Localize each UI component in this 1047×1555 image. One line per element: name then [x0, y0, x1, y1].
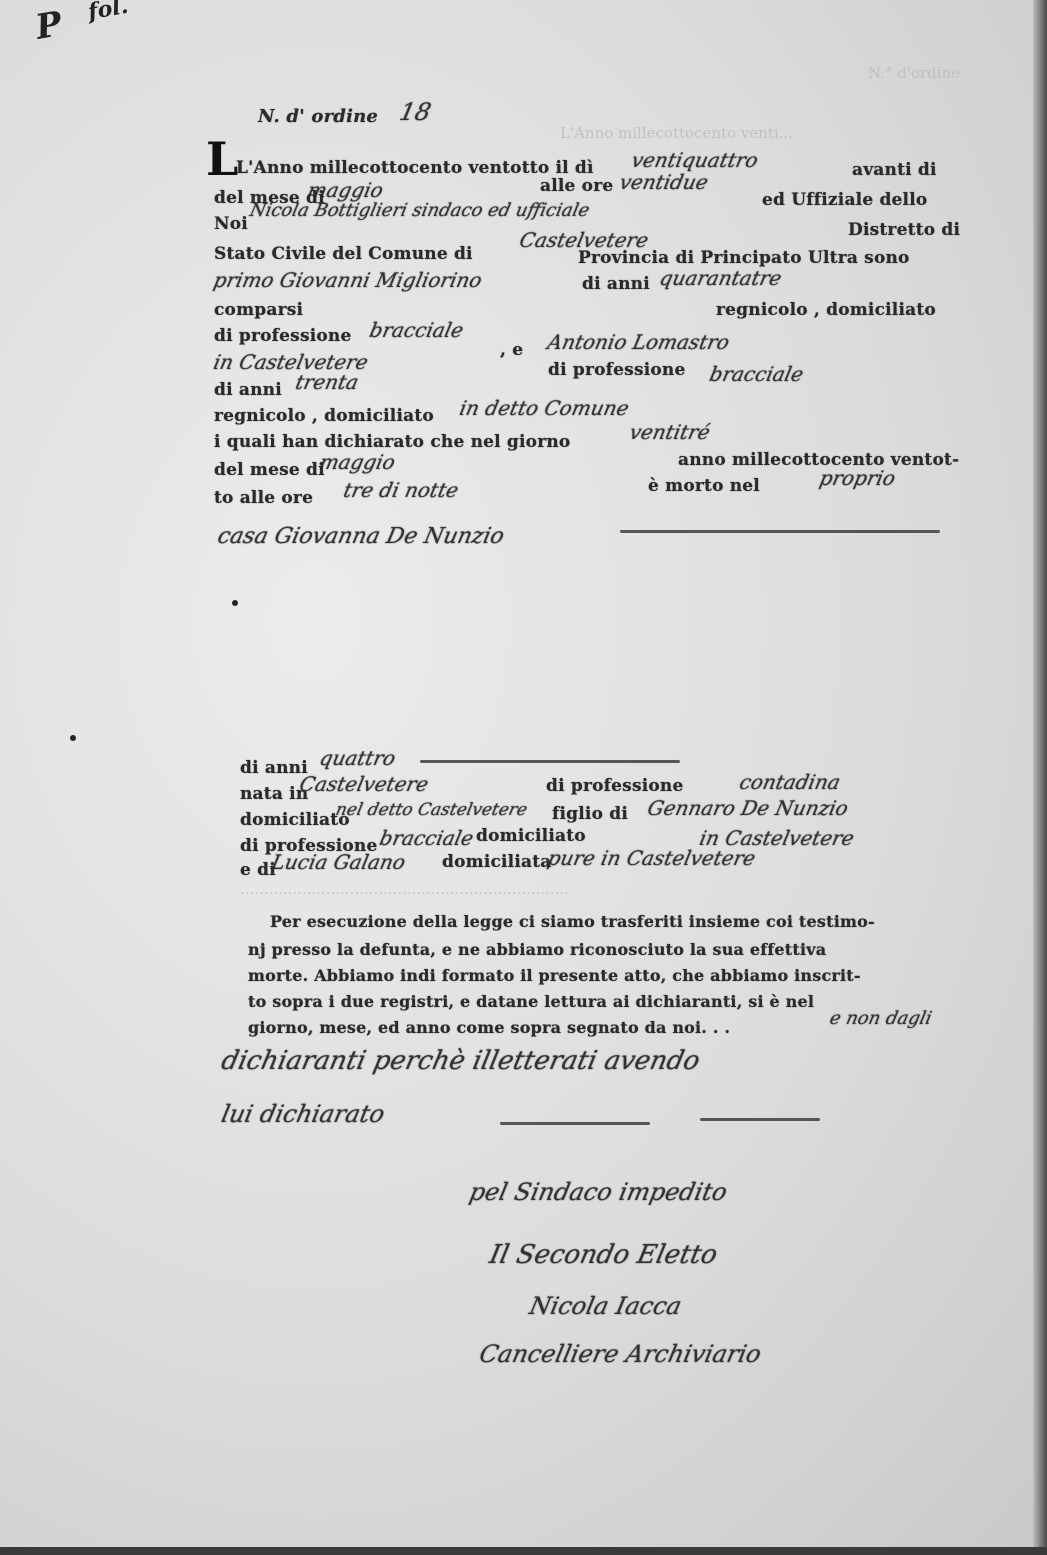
printed-line: alle ore — [540, 176, 613, 196]
printed-line: Provincia di Principato Ultra sono — [578, 248, 910, 268]
filler-dash — [420, 760, 680, 763]
printed-line: regnicolo , domiciliato — [214, 406, 434, 426]
closing-line: morte. Abbiamo indi formato il presente … — [248, 966, 861, 985]
handwritten-death-month: maggio — [317, 450, 397, 474]
scanned-document-page: P fol. N.° d'ordine L'Anno millecottocen… — [0, 0, 1047, 1555]
printed-line: domiciliata — [442, 852, 551, 872]
handwritten-deceased-age: quattro — [317, 746, 397, 770]
handwritten-death-day: ventitré — [627, 420, 712, 444]
handwritten-deceased-domicile: nel detto Castelvetere — [334, 800, 529, 820]
printed-line: di professione — [546, 776, 684, 796]
signature-line: Nicola Iacca — [527, 1292, 684, 1320]
signature-line: pel Sindaco impedito — [467, 1178, 730, 1206]
ink-mark — [232, 600, 238, 606]
handwritten-deceased: casa Giovanna De Nunzio — [215, 524, 506, 549]
printed-line: domiciliato — [476, 826, 586, 846]
printed-line: to alle ore — [214, 488, 313, 508]
handwritten-birthplace: Castelvetere — [297, 772, 430, 796]
closing-line: giorno, mese, ed anno come sopra segnato… — [248, 1018, 730, 1037]
handwritten-death-place: proprio — [817, 466, 897, 490]
printed-line: Stato Civile del Comune di — [214, 244, 473, 264]
handwritten-mother: Lucia Galano — [269, 850, 407, 874]
handwritten-mother-domicile: pure in Castelvetere — [545, 846, 757, 870]
handwritten-father-profession: bracciale — [377, 826, 475, 850]
handwritten-deceased-profession: contadina — [737, 770, 842, 794]
printed-line: di professione — [214, 326, 352, 346]
printed-line: L'Anno millecottocento ventotto il dì — [236, 158, 594, 178]
filler-dash — [500, 1122, 650, 1125]
signature-line: Il Secondo Eletto — [487, 1240, 720, 1270]
printed-line: del mese di — [214, 460, 325, 480]
bleed-through-text: ········································… — [240, 884, 569, 902]
handwritten-witness-1-age: quarantatre — [657, 266, 783, 290]
printed-line: è morto nel — [648, 476, 760, 496]
corner-mark: P — [33, 4, 65, 48]
handwritten-witness-1-profession: bracciale — [367, 318, 465, 342]
order-number: 18 — [397, 98, 433, 126]
printed-line: Distretto di — [848, 220, 960, 240]
closing-line: Per esecuzione della legge ci siamo tras… — [270, 912, 875, 931]
filler-dash — [620, 530, 940, 533]
handwritten-hour: ventidue — [617, 170, 710, 194]
printed-line: figlio di — [552, 804, 628, 824]
handwritten-closing: lui dichiarato — [219, 1100, 387, 1128]
handwritten-witness-2-name: Antonio Lomastro — [545, 330, 731, 354]
printed-line: regnicolo , domiciliato — [716, 300, 936, 320]
handwritten-day: ventiquattro — [629, 148, 760, 172]
handwritten-closing: e non dagli — [828, 1008, 934, 1029]
printed-line: i quali han dichiarato che nel giorno — [214, 432, 570, 452]
drop-cap: L — [206, 136, 238, 182]
handwritten-month: maggio — [305, 178, 385, 202]
order-label: N. d' ordine — [258, 106, 378, 127]
handwritten-witness-2-address: in detto Comune — [457, 396, 631, 420]
handwritten-witness-2-age: trenta — [293, 370, 360, 394]
printed-line: di anni — [214, 380, 282, 400]
filler-dash — [700, 1118, 820, 1121]
printed-line: comparsi — [214, 300, 303, 320]
printed-line: Noi — [214, 214, 248, 234]
handwritten-closing: dichiaranti perchè illetterati avendo — [219, 1046, 703, 1076]
printed-line: di professione — [548, 360, 686, 380]
signature-line: Cancelliere Archiviario — [477, 1340, 764, 1368]
handwritten-death-hour: tre di notte — [341, 478, 460, 502]
handwritten-witness-1-name: primo Giovanni Migliorino — [211, 268, 484, 292]
closing-line: to sopra i due registri, e datane lettur… — [248, 992, 814, 1011]
printed-line: avanti di — [852, 160, 937, 180]
ink-mark — [70, 735, 76, 741]
printed-line: di anni — [582, 274, 650, 294]
printed-line: ed Uffiziale dello — [762, 190, 927, 210]
printed-line: di anni — [240, 758, 308, 778]
handwritten-official: Nicola Bottiglieri sindaco ed ufficiale — [248, 200, 592, 221]
printed-line: anno millecottocento ventot- — [678, 450, 959, 470]
handwritten-witness-2-profession: bracciale — [707, 362, 805, 386]
handwritten-father: Gennaro De Nunzio — [645, 796, 850, 820]
printed-line: , e — [500, 340, 523, 360]
corner-folio-mark: fol. — [86, 0, 130, 25]
printed-line: domiciliato — [240, 810, 350, 830]
bleed-through-text: N.° d'ordine — [868, 64, 960, 82]
closing-line: nj presso la defunta, e ne abbiamo ricon… — [248, 940, 826, 959]
page-edge-shadow — [1033, 0, 1047, 1555]
bleed-through-text: L'Anno millecottocento venti... — [560, 124, 793, 142]
